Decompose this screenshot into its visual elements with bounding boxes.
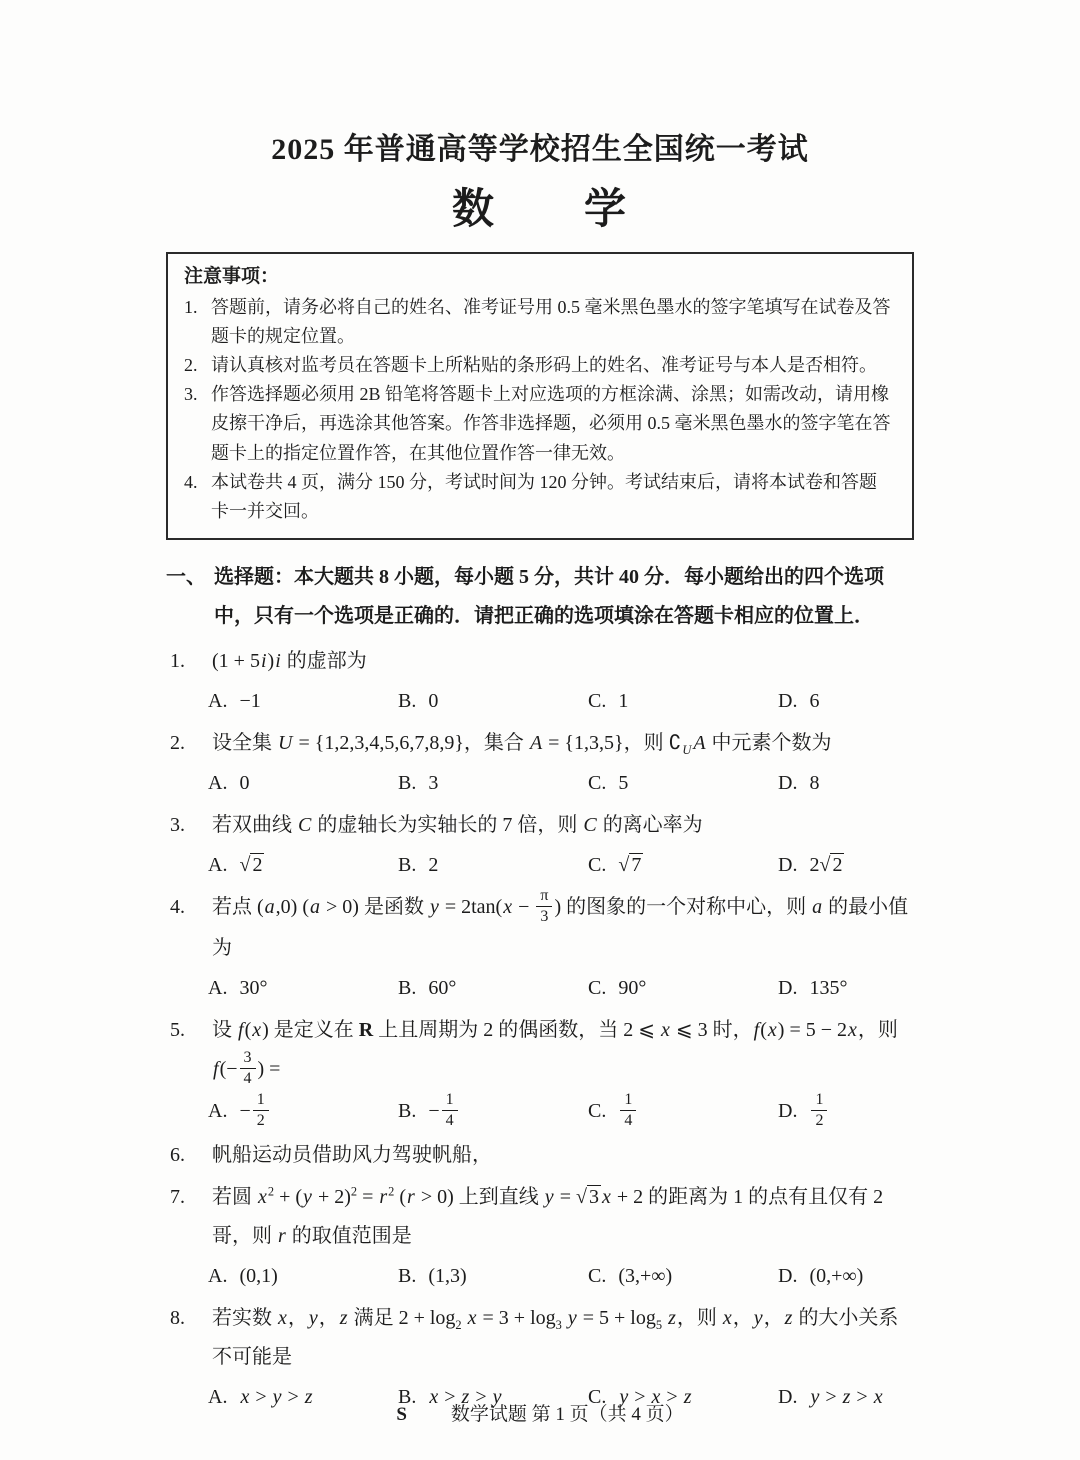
option-label: A.: [208, 690, 227, 712]
section-intro: 一、 选择题：本大题共 8 小题，每小题 5 分，共计 40 分．每小题给出的四…: [166, 558, 914, 636]
option-value: (0,1): [239, 1265, 277, 1287]
notice-item-number: 2.: [184, 351, 211, 380]
question-7-option-b: B.(1,3): [398, 1257, 588, 1296]
option-value: 3: [428, 772, 438, 794]
question-5-option-d: D.12: [778, 1092, 914, 1133]
question-2: 2. 设全集 U = {1,2,3,4,5,6,7,8,9}，集合 A = {1…: [166, 724, 914, 763]
option-value: −1: [239, 690, 260, 712]
footer-text: 数学试题 第 1 页（共 4 页）: [451, 1404, 684, 1425]
option-value: 2√2: [809, 853, 844, 876]
option-label: D.: [778, 690, 797, 712]
question-1-option-b: B.0: [398, 682, 588, 721]
option-value: 30°: [239, 977, 267, 999]
option-label: D.: [778, 977, 797, 999]
question-list: 1. (1 + 5i)i 的虚部为 A.−1 B.0 C.1 D.6 2. 设全…: [166, 642, 914, 1417]
question-6-stem: 帆船运动员借助风力驾驶帆船，: [212, 1136, 914, 1175]
question-2-option-b: B.3: [398, 764, 588, 803]
option-value: √7: [618, 853, 643, 876]
subject-title: 数 学: [166, 176, 914, 236]
question-4-option-a: A.30°: [208, 969, 398, 1008]
option-value: 14: [618, 1100, 638, 1122]
option-label: B.: [398, 1265, 416, 1287]
question-5-number: 5.: [166, 1011, 212, 1091]
option-value: 2: [428, 854, 438, 876]
notice-heading: 注意事项：: [184, 262, 892, 293]
question-1-stem: (1 + 5i)i 的虚部为: [212, 642, 914, 681]
question-4-option-c: C.90°: [588, 969, 778, 1008]
question-1-option-a: A.−1: [208, 682, 398, 721]
option-label: D.: [778, 854, 797, 876]
notice-item: 3. 作答选择题必须用 2B 铅笔将答题卡上对应选项的方框涂满、涂黑；如需改动，…: [184, 380, 892, 467]
option-label: C.: [588, 854, 606, 876]
option-value: −12: [239, 1100, 270, 1122]
question-2-option-a: A.0: [208, 764, 398, 803]
question-4-option-d: D.135°: [778, 969, 914, 1008]
section-text: 选择题：本大题共 8 小题，每小题 5 分，共计 40 分．每小题给出的四个选项…: [214, 558, 914, 636]
question-2-stem: 设全集 U = {1,2,3,4,5,6,7,8,9}，集合 A = {1,3,…: [212, 724, 914, 763]
option-value: 60°: [428, 977, 456, 999]
option-value: 8: [809, 772, 819, 794]
question-1-number: 1.: [166, 642, 212, 681]
question-5-option-c: C.14: [588, 1092, 778, 1133]
option-value: 5: [618, 772, 628, 794]
notice-item-text: 请认真核对监考员在答题卡上所粘贴的条形码上的姓名、准考证号与本人是否相符。: [211, 351, 892, 380]
option-label: A.: [208, 1100, 227, 1122]
question-7-number: 7.: [166, 1178, 212, 1256]
option-value: 135°: [809, 977, 847, 999]
notice-item-number: 3.: [184, 380, 211, 467]
notice-item-text: 本试卷共 4 页，满分 150 分，考试时间为 120 分钟。考试结束后，请将本…: [211, 468, 892, 526]
option-label: A.: [208, 772, 227, 794]
question-7-options: A.(0,1) B.(1,3) C.(3,+∞) D.(0,+∞): [166, 1257, 914, 1296]
option-value: −14: [428, 1100, 459, 1122]
option-label: B.: [398, 1100, 416, 1122]
option-label: A.: [208, 977, 227, 999]
option-label: D.: [778, 1265, 797, 1287]
footer-code: S: [396, 1404, 407, 1425]
question-2-number: 2.: [166, 724, 212, 763]
question-4-number: 4.: [166, 888, 212, 968]
option-label: C.: [588, 772, 606, 794]
option-value: 0: [428, 690, 438, 712]
question-5-stem: 设 f(x) 是定义在 R 上且周期为 2 的偶函数，当 2 ⩽ x ⩽ 3 时…: [212, 1011, 914, 1091]
question-3-options: A.√2 B.2 C.√7 D.2√2: [166, 846, 914, 885]
option-label: B.: [398, 854, 416, 876]
notice-item-text: 作答选择题必须用 2B 铅笔将答题卡上对应选项的方框涂满、涂黑；如需改动，请用橡…: [211, 380, 892, 467]
option-label: C.: [588, 977, 606, 999]
option-value: 12: [809, 1100, 829, 1122]
option-label: A.: [208, 854, 227, 876]
notice-item: 1. 答题前，请务必将自己的姓名、准考证号用 0.5 毫米黑色墨水的签字笔填写在…: [184, 293, 892, 351]
question-7-option-d: D.(0,+∞): [778, 1257, 914, 1296]
option-value: (1,3): [428, 1265, 466, 1287]
notice-box: 注意事项： 1. 答题前，请务必将自己的姓名、准考证号用 0.5 毫米黑色墨水的…: [166, 252, 914, 540]
option-label: B.: [398, 772, 416, 794]
question-7: 7. 若圆 x2 + (y + 2)2 = r2 (r > 0) 上到直线 y …: [166, 1178, 914, 1256]
notice-item-text: 答题前，请务必将自己的姓名、准考证号用 0.5 毫米黑色墨水的签字笔填写在试卷及…: [211, 293, 892, 351]
option-value: 6: [809, 690, 819, 712]
question-1-option-c: C.1: [588, 682, 778, 721]
question-3: 3. 若双曲线 C 的虚轴长为实轴长的 7 倍，则 C 的离心率为: [166, 806, 914, 845]
question-1-option-d: D.6: [778, 682, 914, 721]
question-4: 4. 若点 (a,0) (a > 0) 是函数 y = 2tan(x − π3)…: [166, 888, 914, 968]
question-8-stem: 若实数 x，y，z 满足 2 + log2 x = 3 + log3 y = 5…: [212, 1299, 914, 1377]
option-label: A.: [208, 1265, 227, 1287]
notice-item-number: 4.: [184, 468, 211, 526]
option-label: B.: [398, 977, 416, 999]
option-value: (3,+∞): [618, 1265, 672, 1287]
exam-page: 2025 年普通高等学校招生全国统一考试 数 学 注意事项： 1. 答题前，请务…: [0, 0, 1080, 1460]
option-label: C.: [588, 1100, 606, 1122]
option-label: D.: [778, 772, 797, 794]
question-5-option-a: A.−12: [208, 1092, 398, 1133]
question-2-option-c: C.5: [588, 764, 778, 803]
page-content: 2025 年普通高等学校招生全国统一考试 数 学 注意事项： 1. 答题前，请务…: [0, 0, 1080, 1417]
question-8: 8. 若实数 x，y，z 满足 2 + log2 x = 3 + log3 y …: [166, 1299, 914, 1377]
question-4-options: A.30° B.60° C.90° D.135°: [166, 969, 914, 1008]
exam-title: 2025 年普通高等学校招生全国统一考试: [166, 0, 914, 168]
option-label: C.: [588, 690, 606, 712]
option-label: B.: [398, 690, 416, 712]
option-value: 1: [618, 690, 628, 712]
notice-item: 2. 请认真核对监考员在答题卡上所粘贴的条形码上的姓名、准考证号与本人是否相符。: [184, 351, 892, 380]
question-6-number: 6.: [166, 1136, 212, 1175]
question-8-number: 8.: [166, 1299, 212, 1377]
section-number: 一、: [166, 558, 214, 636]
question-7-option-a: A.(0,1): [208, 1257, 398, 1296]
question-2-options: A.0 B.3 C.5 D.8: [166, 764, 914, 803]
option-value: (0,+∞): [809, 1265, 863, 1287]
option-value: 90°: [618, 977, 646, 999]
question-7-stem: 若圆 x2 + (y + 2)2 = r2 (r > 0) 上到直线 y = √…: [212, 1178, 914, 1256]
notice-item-number: 1.: [184, 293, 211, 351]
question-4-stem: 若点 (a,0) (a > 0) 是函数 y = 2tan(x − π3) 的图…: [212, 888, 914, 968]
option-value: √2: [239, 853, 264, 876]
question-5-options: A.−12 B.−14 C.14 D.12: [166, 1092, 914, 1133]
question-5: 5. 设 f(x) 是定义在 R 上且周期为 2 的偶函数，当 2 ⩽ x ⩽ …: [166, 1011, 914, 1091]
notice-item: 4. 本试卷共 4 页，满分 150 分，考试时间为 120 分钟。考试结束后，…: [184, 468, 892, 526]
question-1-options: A.−1 B.0 C.1 D.6: [166, 682, 914, 721]
question-3-stem: 若双曲线 C 的虚轴长为实轴长的 7 倍，则 C 的离心率为: [212, 806, 914, 845]
page-footer: S数学试题 第 1 页（共 4 页）: [0, 1399, 1080, 1426]
question-4-option-b: B.60°: [398, 969, 588, 1008]
option-value: 0: [239, 772, 249, 794]
question-3-number: 3.: [166, 806, 212, 845]
question-5-option-b: B.−14: [398, 1092, 588, 1133]
question-6: 6. 帆船运动员借助风力驾驶帆船，: [166, 1136, 914, 1175]
option-label: C.: [588, 1265, 606, 1287]
question-3-option-d: D.2√2: [778, 846, 914, 885]
question-3-option-b: B.2: [398, 846, 588, 885]
question-7-option-c: C.(3,+∞): [588, 1257, 778, 1296]
question-1: 1. (1 + 5i)i 的虚部为: [166, 642, 914, 681]
question-3-option-a: A.√2: [208, 846, 398, 885]
question-3-option-c: C.√7: [588, 846, 778, 885]
option-label: D.: [778, 1100, 797, 1122]
question-2-option-d: D.8: [778, 764, 914, 803]
